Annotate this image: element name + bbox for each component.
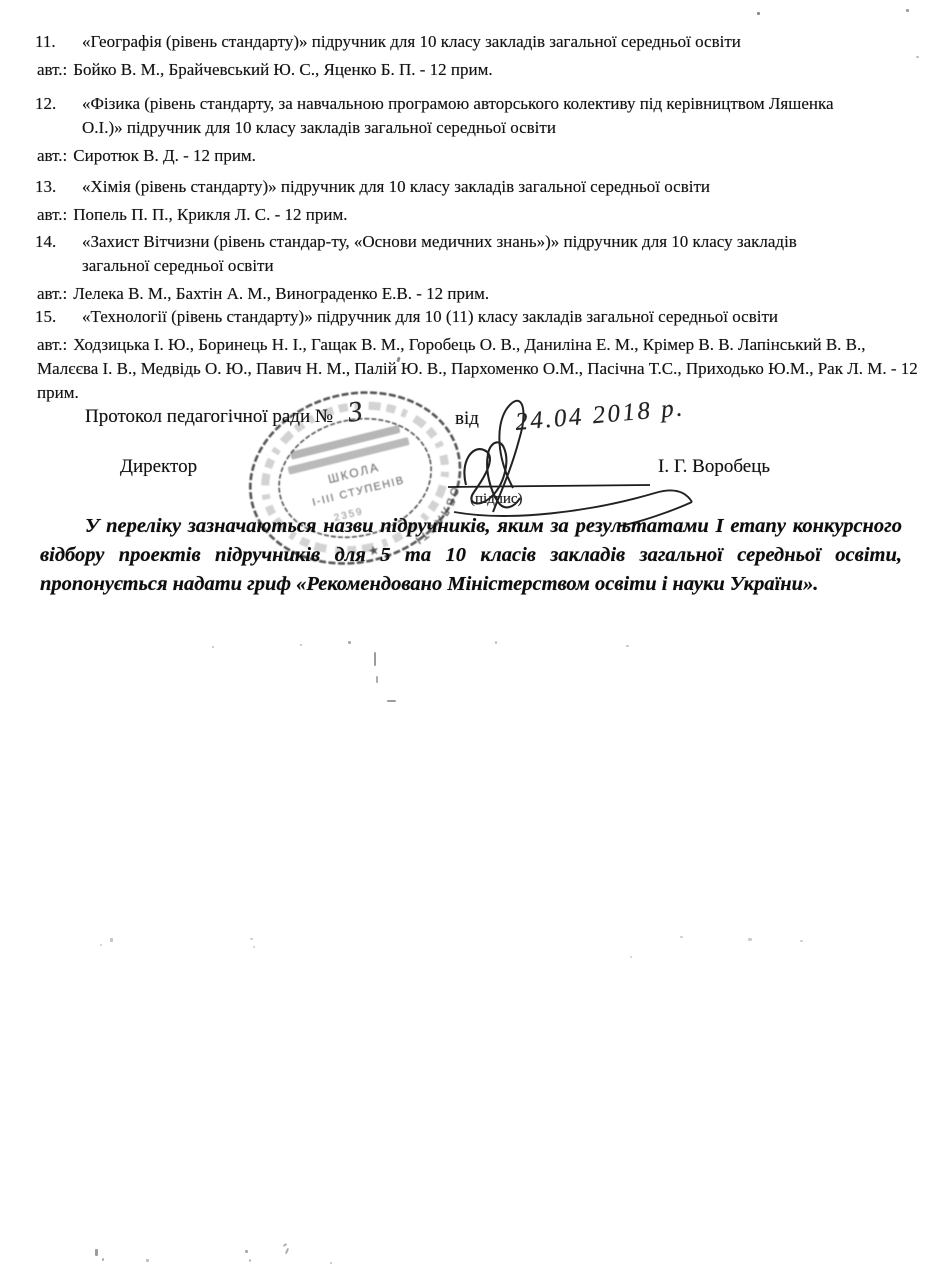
scan-noise xyxy=(330,1262,332,1264)
authors-label: авт.: xyxy=(37,60,67,79)
scan-noise xyxy=(348,641,351,644)
item-number: 14. xyxy=(35,230,82,254)
authors-label: авт.: xyxy=(37,284,67,303)
authors-text: Ходзицька І. Ю., Боринець Н. І., Гащак В… xyxy=(37,335,918,402)
scan-noise xyxy=(146,1259,149,1262)
list-item: 12. «Фізика (рівень стандарту, за навчал… xyxy=(35,92,925,168)
item-authors: авт.:Бойко В. М., Брайчевський Ю. С., Яц… xyxy=(35,58,925,82)
scan-noise xyxy=(249,1259,251,1262)
scan-noise xyxy=(387,700,396,702)
scan-noise xyxy=(376,676,378,683)
list-item: 14. «Захист Вітчизни (рівень стандар-ту,… xyxy=(35,230,925,306)
scan-noise xyxy=(495,641,497,644)
authors-text: Лелека В. М., Бахтін А. М., Винограденко… xyxy=(73,284,489,303)
item-number: 11. xyxy=(35,30,82,54)
authors-text: Сиротюк В. Д. - 12 прим. xyxy=(73,146,256,165)
director-name: І. Г. Воробець xyxy=(658,456,770,478)
item-number: 13. xyxy=(35,175,82,199)
scan-noise xyxy=(374,652,376,666)
scan-noise xyxy=(253,946,255,948)
scan-noise xyxy=(102,1258,104,1261)
signature-caption: (підпис) xyxy=(470,491,523,508)
scan-noise xyxy=(250,938,253,940)
protocol-number-handwritten: 3 xyxy=(346,395,364,430)
item-title: «Технології (рівень стандарту)» підручни… xyxy=(82,305,778,329)
scan-noise xyxy=(283,1243,287,1247)
scan-noise xyxy=(916,56,919,58)
footer-note: У переліку зазначаються назви підручникі… xyxy=(40,512,902,599)
item-title: «Хімія (рівень стандарту)» підручник для… xyxy=(82,175,710,199)
protocol-from-label: від xyxy=(455,408,479,430)
item-authors: авт.:Лелека В. М., Бахтін А. М., Виногра… xyxy=(35,282,925,306)
protocol-label: Протокол педагогічної ради № xyxy=(85,406,333,428)
item-number: 15. xyxy=(35,305,82,329)
scanned-document-page: 11. «Географія (рівень стандарту)» підру… xyxy=(0,0,930,1280)
scan-noise xyxy=(245,1250,248,1253)
director-label: Директор xyxy=(120,456,197,478)
scan-noise xyxy=(680,936,683,938)
authors-text: Бойко В. М., Брайчевський Ю. С., Яценко … xyxy=(73,60,492,79)
scan-noise xyxy=(300,644,302,646)
item-title: «Фізика (рівень стандарту, за навчальною… xyxy=(82,92,834,140)
scan-noise xyxy=(100,944,102,946)
item-title: «Географія (рівень стандарту)» підручник… xyxy=(82,30,741,54)
scan-noise xyxy=(212,646,214,648)
signature-line xyxy=(448,485,650,487)
item-authors: авт.:Сиротюк В. Д. - 12 прим. xyxy=(35,144,925,168)
stamp-center-line: ШКОЛА xyxy=(327,460,382,486)
authors-text: Попель П. П., Крикля Л. С. - 12 прим. xyxy=(73,205,347,224)
stamp-center-line: І-ІІІ СТУПЕНІВ xyxy=(311,474,406,509)
authors-label: авт.: xyxy=(37,146,67,165)
item-number: 12. xyxy=(35,92,82,116)
scan-noise xyxy=(748,938,752,941)
scan-noise xyxy=(285,1248,289,1254)
scan-noise xyxy=(110,938,113,942)
item-authors: авт.:Ходзицька І. Ю., Боринець Н. І., Га… xyxy=(35,333,925,405)
list-item: 13. «Хімія (рівень стандарту)» підручник… xyxy=(35,175,925,227)
item-title: «Захист Вітчизни (рівень стандар-ту, «Ос… xyxy=(82,230,817,278)
scan-noise xyxy=(95,1249,98,1256)
scan-noise xyxy=(800,940,803,942)
scan-noise xyxy=(630,956,632,958)
authors-label: авт.: xyxy=(37,205,67,224)
list-item: 11. «Географія (рівень стандарту)» підру… xyxy=(35,30,925,82)
item-authors: авт.:Попель П. П., Крикля Л. С. - 12 при… xyxy=(35,203,925,227)
scan-noise xyxy=(906,9,909,12)
scan-noise xyxy=(626,645,629,647)
scan-noise xyxy=(757,12,760,15)
authors-label: авт.: xyxy=(37,335,67,354)
list-item: 15. «Технології (рівень стандарту)» підр… xyxy=(35,305,925,405)
